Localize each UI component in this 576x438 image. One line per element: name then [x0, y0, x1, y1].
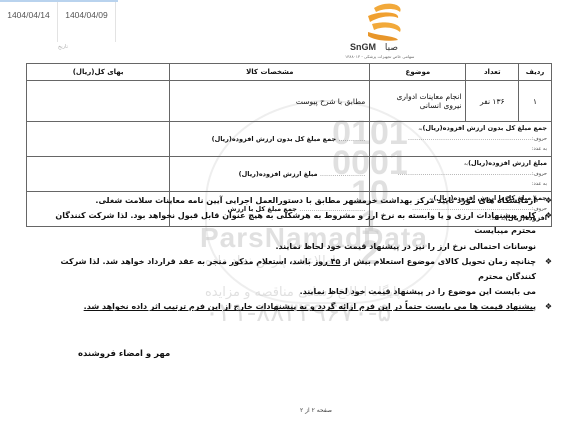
header-subject: موضوع	[370, 64, 466, 81]
cell-row-number: ۱	[519, 81, 552, 122]
diamond-bullet-icon: ❖	[545, 299, 552, 314]
note-text: آزمایشگاه های مورد تایید مرکز بهداشت خرم…	[95, 196, 536, 205]
notes-list: ❖ آزمایشگاه های مورد تایید مرکز بهداشت خ…	[32, 193, 552, 315]
svg-text:SnGM: SnGM	[350, 42, 376, 52]
date-cell-deadline: 1404/04/14	[0, 2, 58, 42]
diamond-bullet-icon: ❖	[545, 254, 552, 269]
summary-row-subtotal: جمع مبلغ کل بدون ارزش افزوده(ریال)به حرو…	[27, 122, 552, 157]
summary-vat-label: ...................... مبلغ ارزش افزوده(…	[170, 157, 370, 192]
header-spec: مشخصات کالا	[170, 64, 370, 81]
summary-vat-value[interactable]	[27, 157, 170, 192]
cell-spec: مطابق با شرح پیوست	[170, 81, 370, 122]
note-text: کلیه پیشنهادات ارزی و یا وابسته به نرخ ا…	[55, 211, 536, 235]
note-text-before: چنانچه زمان تحویل کالای موضوع استعلام بی…	[340, 257, 536, 266]
svg-text:صبا: صبا	[385, 43, 398, 53]
summary-subtotal-value[interactable]	[27, 122, 170, 157]
company-logo: SnGM صبا	[338, 2, 434, 60]
subject-line-2: نیروی انسانی	[374, 101, 461, 110]
note-continuation: نوسانات احتمالی نرخ ارز را نیز در پیشنها…	[276, 242, 537, 251]
note-item: ❖ آزمایشگاه های مورد تایید مرکز بهداشت خ…	[32, 193, 552, 208]
summary-row-vat: مبلغ ارزش افزوده(ریال)به حروف:..........…	[27, 157, 552, 192]
table-header-row: ردیف تعداد موضوع مشخصات کالا بهای کل(ریا…	[27, 64, 552, 81]
header-row-number: ردیف	[519, 64, 552, 81]
seller-signature-label: مهر و امضاء فروشنده	[78, 349, 170, 359]
note-continuation: می بایست این موضوع را در پیشنهاد قیمت خو…	[300, 287, 536, 296]
diamond-bullet-icon: ❖	[545, 208, 552, 223]
cell-subject: انجام معاینات ادواری نیروی انسانی	[370, 81, 466, 122]
page-number: صفحه ۲ از ۲	[300, 407, 332, 414]
summary-subtotal-label: ............. جمع مبلغ کل بدون ارزش افزو…	[170, 122, 370, 157]
note-text: پیشنهاد قیمت ها می بایست حتماً در این فر…	[84, 302, 536, 311]
note-item: ❖ پیشنهاد قیمت ها می بایست حتماً در این …	[32, 299, 552, 314]
diamond-bullet-icon: ❖	[545, 193, 552, 208]
note-item: ❖ چنانچه زمان تحویل کالای موضوع استعلام …	[32, 254, 552, 300]
header-total-price: بهای کل(ریال)	[27, 64, 170, 81]
date-cell-issue: 1404/04/09	[58, 2, 116, 42]
table-row: ۱ ۱۳۶ نفر انجام معاینات ادواری نیروی انس…	[27, 81, 552, 122]
note-item: ❖ کلیه پیشنهادات ارزی و یا وابسته به نرخ…	[32, 208, 552, 254]
cell-quantity: ۱۳۶ نفر	[466, 81, 519, 122]
summary-subtotal-right: جمع مبلغ کل بدون ارزش افزوده(ریال)به حرو…	[370, 122, 552, 157]
cell-total-price[interactable]	[27, 81, 170, 122]
summary-vat-right: مبلغ ارزش افزوده(ریال)به حروف:..........…	[370, 157, 552, 192]
delivery-days: ۴۵ روز	[314, 257, 341, 266]
subject-line-1: انجام معاینات ادواری	[374, 92, 461, 101]
header-quantity: تعداد	[466, 64, 519, 81]
logo-subtitle: سهامی خاص تجهیزات پزشکی - ۱۳۸۸۰۱۳	[345, 54, 414, 59]
logo-mark-icon: SnGM صبا	[338, 2, 434, 54]
date-caption: تاریخ	[58, 44, 68, 50]
date-strip: 1404/04/14 1404/04/09	[0, 0, 118, 44]
